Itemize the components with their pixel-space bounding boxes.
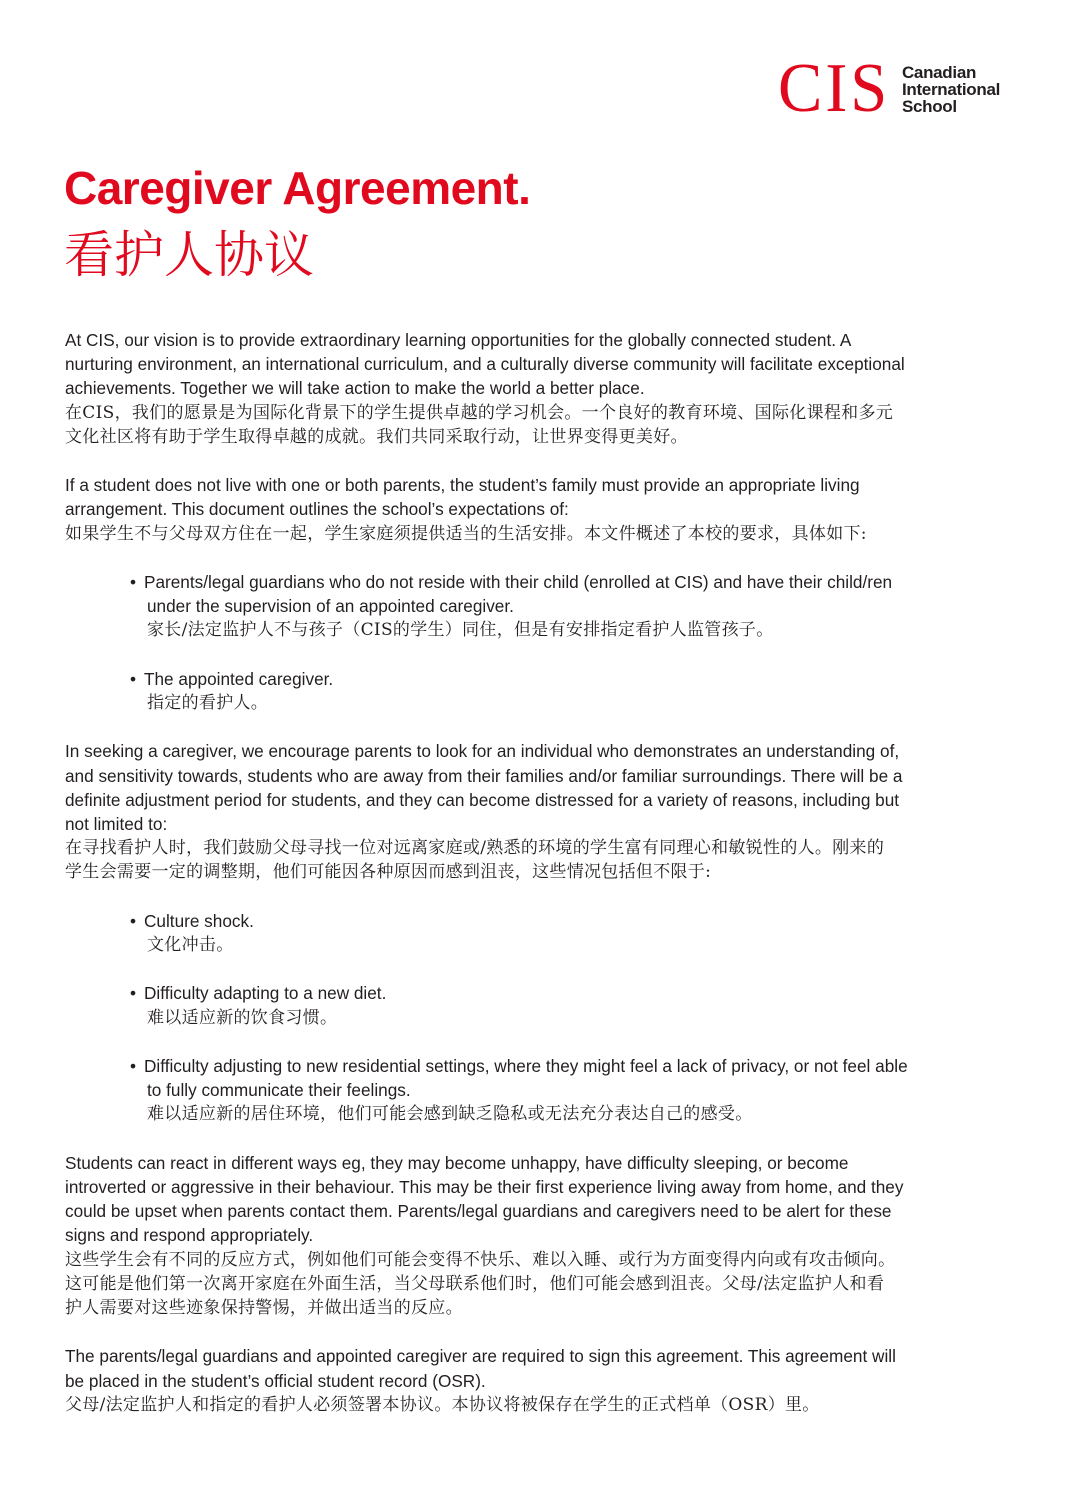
- cis-logo: CIS Canadian International School: [778, 58, 1000, 120]
- text-line-chinese: 这些学生会有不同的反应方式，例如他们可能会变得不快乐、难以入睡、或行为方面变得内…: [65, 1248, 1025, 1272]
- bullet-text-chinese: 难以适应新的居住环境，他们可能会感到缺乏隐私或无法充分表达自己的感受。: [130, 1102, 1025, 1126]
- bullet-text-chinese: 文化冲击。: [130, 933, 1025, 957]
- text-line: be placed in the student’s official stud…: [65, 1369, 1025, 1393]
- bullet-icon: •: [130, 570, 144, 594]
- text-line: In seeking a caregiver, we encourage par…: [65, 739, 1025, 763]
- bullet-icon: •: [130, 981, 144, 1005]
- text-line-chinese: 如果学生不与父母双方住在一起，学生家庭须提供适当的生活安排。本文件概述了本校的要…: [65, 522, 1025, 546]
- bullet-text: Difficulty adapting to a new diet.: [144, 983, 386, 1003]
- bullet-text-chinese: 家长/法定监护人不与孩子（CIS的学生）同住，但是有安排指定看护人监管孩子。: [130, 618, 1025, 642]
- reasons-list: •Culture shock. 文化冲击。 •Difficulty adapti…: [130, 909, 1025, 1127]
- logo-school-name: Canadian International School: [902, 64, 1000, 115]
- text-line-chinese: 护人需要对这些迹象保持警惕，并做出适当的反应。: [65, 1296, 1025, 1320]
- expectations-list: •Parents/legal guardians who do not resi…: [130, 570, 1025, 715]
- logo-line-2: International: [902, 81, 1000, 98]
- text-line: nurturing environment, an international …: [65, 352, 1025, 376]
- signing-requirement-paragraph: The parents/legal guardians and appointe…: [65, 1344, 1025, 1417]
- text-line-chinese: 在寻找看护人时，我们鼓励父母寻找一位对远离家庭或/熟悉的环境的学生富有同理心和敏…: [65, 836, 1025, 860]
- text-line: could be upset when parents contact them…: [65, 1199, 1025, 1223]
- seeking-caregiver-paragraph: In seeking a caregiver, we encourage par…: [65, 739, 1025, 884]
- list-item: •Culture shock. 文化冲击。: [130, 909, 1025, 957]
- list-item: •Difficulty adjusting to new residential…: [130, 1054, 1025, 1127]
- text-line: definite adjustment period for students,…: [65, 788, 1025, 812]
- logo-line-3: School: [902, 98, 1000, 115]
- text-line: At CIS, our vision is to provide extraor…: [65, 328, 1025, 352]
- text-line: achievements. Together we will take acti…: [65, 376, 1025, 400]
- list-item: •Difficulty adapting to a new diet. 难以适应…: [130, 981, 1025, 1029]
- document-body: At CIS, our vision is to provide extraor…: [65, 328, 1025, 1417]
- text-line: and sensitivity towards, students who ar…: [65, 764, 1025, 788]
- text-line-chinese: 父母/法定监护人和指定的看护人必须签署本协议。本协议将被保存在学生的正式档单（O…: [65, 1393, 1025, 1417]
- logo-mark: CIS: [778, 58, 890, 120]
- bullet-text: The appointed caregiver.: [144, 669, 333, 689]
- text-line-chinese: 在CIS，我们的愿景是为国际化背景下的学生提供卓越的学习机会。一个良好的教育环境…: [65, 401, 1025, 425]
- student-reactions-paragraph: Students can react in different ways eg,…: [65, 1151, 1025, 1320]
- bullet-text: to fully communicate their feelings.: [130, 1078, 1025, 1102]
- text-line-chinese: 学生会需要一定的调整期，他们可能因各种原因而感到沮丧，这些情况包括但不限于:: [65, 860, 1025, 884]
- bullet-text: under the supervision of an appointed ca…: [130, 594, 1025, 618]
- bullet-icon: •: [130, 1054, 144, 1078]
- bullet-icon: •: [130, 909, 144, 933]
- text-line: If a student does not live with one or b…: [65, 473, 1025, 497]
- bullet-text-chinese: 难以适应新的饮食习惯。: [130, 1006, 1025, 1030]
- bullet-icon: •: [130, 667, 144, 691]
- page-title-chinese: 看护人协议: [64, 220, 314, 290]
- logo-line-1: Canadian: [902, 64, 1000, 81]
- text-line: signs and respond appropriately.: [65, 1223, 1025, 1247]
- text-line-chinese: 这可能是他们第一次离开家庭在外面生活，当父母联系他们时，他们可能会感到沮丧。父母…: [65, 1272, 1025, 1296]
- text-line-chinese: 文化社区将有助于学生取得卓越的成就。我们共同采取行动，让世界变得更美好。: [65, 425, 1025, 449]
- text-line: not limited to:: [65, 812, 1025, 836]
- bullet-text: Culture shock.: [144, 911, 254, 931]
- list-item: •The appointed caregiver. 指定的看护人。: [130, 667, 1025, 715]
- vision-paragraph: At CIS, our vision is to provide extraor…: [65, 328, 1025, 449]
- text-line: introverted or aggressive in their behav…: [65, 1175, 1025, 1199]
- living-arrangement-paragraph: If a student does not live with one or b…: [65, 473, 1025, 546]
- bullet-text: Difficulty adjusting to new residential …: [144, 1056, 908, 1076]
- text-line: The parents/legal guardians and appointe…: [65, 1344, 1025, 1368]
- bullet-text: Parents/legal guardians who do not resid…: [144, 572, 892, 592]
- bullet-text-chinese: 指定的看护人。: [130, 691, 1025, 715]
- list-item: •Parents/legal guardians who do not resi…: [130, 570, 1025, 643]
- text-line: Students can react in different ways eg,…: [65, 1151, 1025, 1175]
- text-line: arrangement. This document outlines the …: [65, 497, 1025, 521]
- page-title: Caregiver Agreement.: [64, 160, 530, 216]
